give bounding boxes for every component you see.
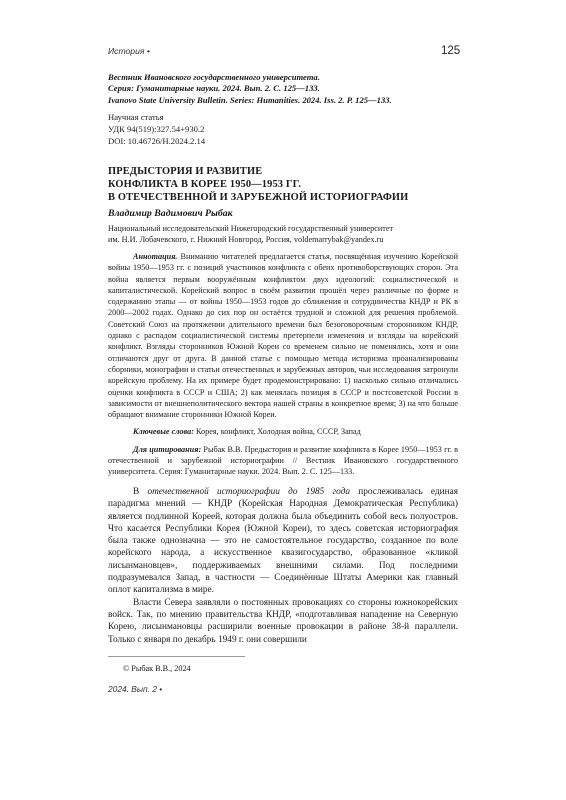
- running-head: История •: [108, 46, 458, 56]
- udk-code: УДК 94(519):327.54+930.2: [108, 123, 458, 135]
- title-line-3: В ОТЕЧЕСТВЕННОЙ И ЗАРУБЕЖНОЙ ИСТОРИОГРАФ…: [108, 191, 458, 204]
- abstract-block: Аннотация. Вниманию читателей предлагает…: [108, 251, 458, 478]
- journal-line-ru-2: Серия: Гуманитарные науки. 2024. Вып. 2.…: [108, 83, 458, 94]
- journal-line-en: Ivanovo State University Bulletin. Serie…: [108, 95, 458, 106]
- p1-emphasis: отечественной историографии до 1985 года: [147, 487, 350, 497]
- copyright-note: © Рыбак В.В., 2024: [108, 664, 473, 673]
- footer-issue: 2024. Вып. 2 •: [108, 684, 458, 694]
- author-affiliation: Национальный исследовательский Нижегород…: [108, 223, 458, 246]
- body-paragraph-2: Власти Севера заявляли о постоянных пров…: [108, 597, 458, 646]
- body-text: В отечественной историографии до 1985 го…: [108, 486, 458, 646]
- body-paragraph-1: В отечественной историографии до 1985 го…: [108, 486, 458, 597]
- footnote-divider: [108, 656, 245, 657]
- abstract-text: Вниманию читателей предлагается статья, …: [108, 252, 458, 419]
- abstract-label: Аннотация.: [133, 252, 177, 261]
- title-line-2: КОНФЛИКТА В КОРЕЕ 1950—1953 ГГ.: [108, 178, 458, 191]
- article-title: ПРЕДЫСТОРИЯ И РАЗВИТИЕ КОНФЛИКТА В КОРЕЕ…: [108, 165, 458, 204]
- doi[interactable]: DOI: 10.46726/H.2024.2.14: [108, 135, 458, 147]
- abstract: Аннотация. Вниманию читателей предлагает…: [108, 251, 458, 420]
- journal-line-ru-1: Вестник Ивановского государственного уни…: [108, 72, 458, 83]
- affiliation-line-2: им. Н.И. Лобачевского, г. Нижний Новгоро…: [108, 234, 458, 245]
- p1-start: В: [133, 487, 147, 497]
- article-meta: Научная статья УДК 94(519):327.54+930.2 …: [108, 111, 458, 148]
- keywords-text: Корея, конфликт, Холодная война, СССР, З…: [194, 427, 361, 436]
- page-number: 125: [441, 45, 460, 57]
- author-name: Владимир Вадимович Рыбак: [108, 208, 458, 219]
- p1-rest: прослеживалась единая парадигма мнений —…: [108, 487, 458, 595]
- citation: Для цитирования: Рыбак В.В. Предыстория …: [108, 444, 458, 478]
- affiliation-line-1: Национальный исследовательский Нижегород…: [108, 223, 458, 234]
- citation-label: Для цитирования:: [133, 445, 201, 454]
- article-type: Научная статья: [108, 111, 458, 123]
- journal-citation: Вестник Ивановского государственного уни…: [108, 72, 458, 106]
- keywords-label: Ключевые слова:: [133, 427, 194, 436]
- keywords: Ключевые слова: Корея, конфликт, Холодна…: [108, 426, 458, 437]
- title-line-1: ПРЕДЫСТОРИЯ И РАЗВИТИЕ: [108, 165, 458, 178]
